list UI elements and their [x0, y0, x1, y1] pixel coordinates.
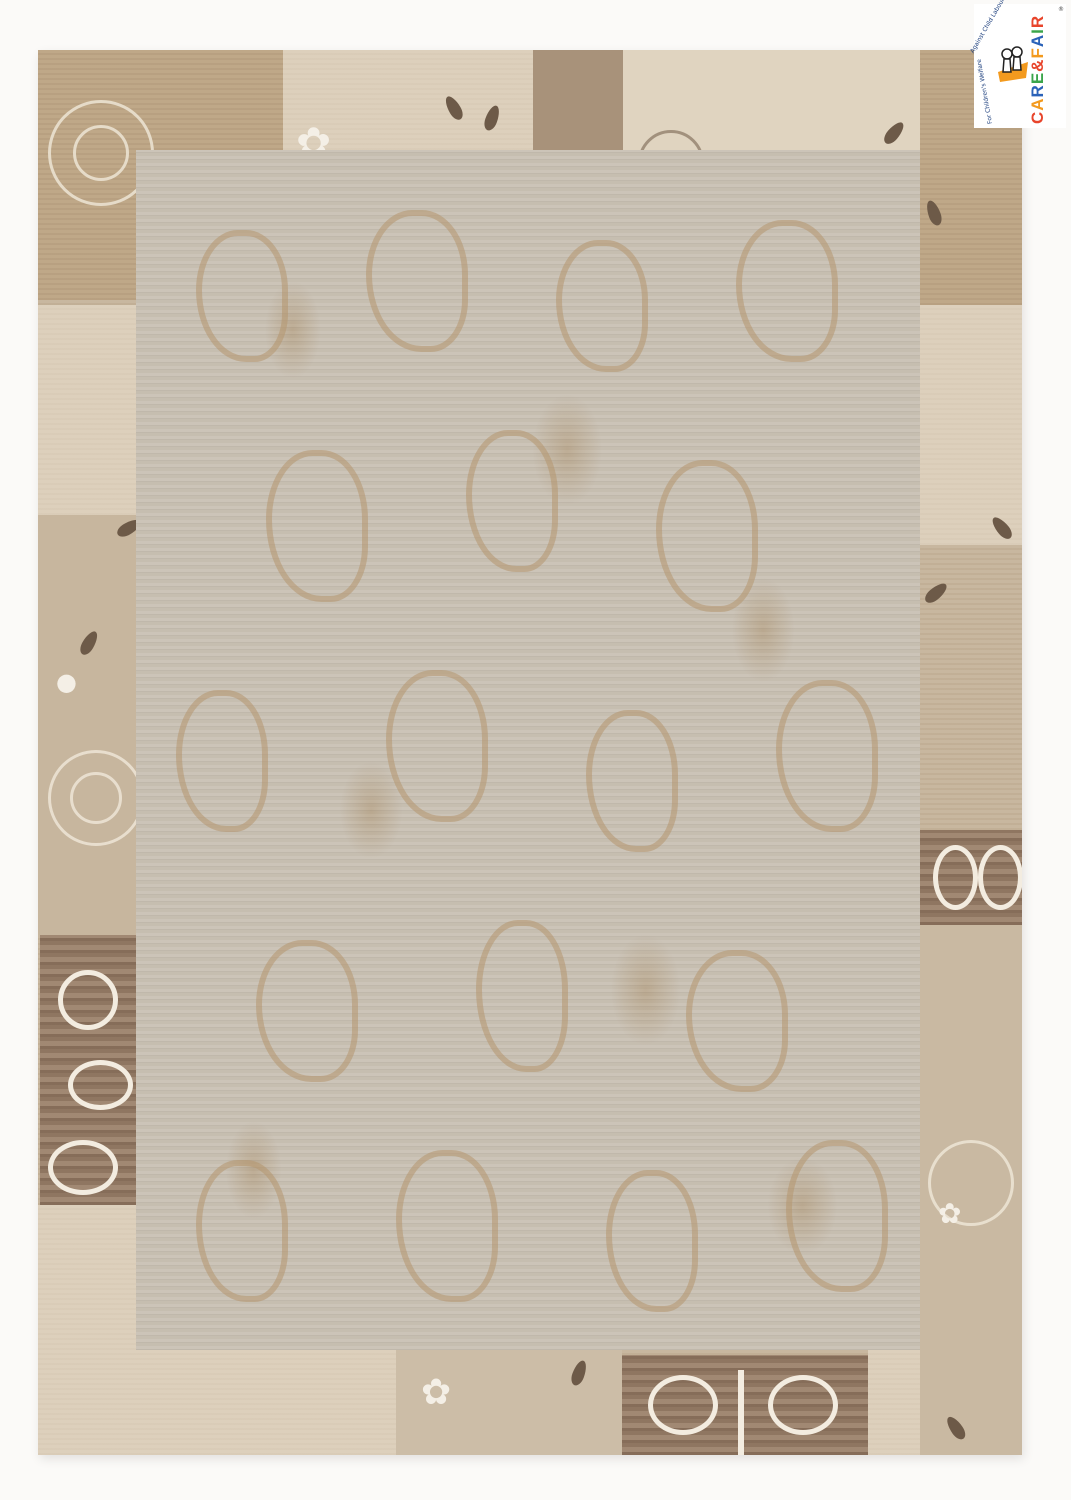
damask-motif — [476, 920, 568, 1072]
ivory-flower-motif: ● — [56, 670, 77, 694]
border-patch-left-upper — [38, 305, 136, 515]
wordmark-letter: C — [1028, 111, 1048, 124]
border-patch-bottom-left — [136, 1350, 396, 1455]
damask-motif — [266, 450, 368, 602]
scroll-motif — [648, 1375, 718, 1435]
damask-motif — [176, 690, 268, 832]
border-patch-right-upper — [920, 305, 1022, 545]
border-patch-left-mid — [38, 515, 136, 935]
scroll-motif — [58, 970, 118, 1030]
flower-outline-motif — [70, 772, 122, 824]
damask-motif — [776, 680, 878, 832]
damask-motif — [556, 240, 648, 372]
damask-motif — [786, 1140, 888, 1292]
leaf-motif — [922, 580, 950, 606]
border-patch-top-ornament — [533, 50, 623, 150]
wordmark-letter: & — [1028, 59, 1048, 72]
damask-motif — [656, 460, 758, 612]
damask-motif — [386, 670, 488, 822]
scroll-motif — [768, 1375, 838, 1435]
care-and-fair-wordmark: C A R E & F A I R — [1028, 14, 1048, 124]
damask-motif — [256, 940, 358, 1082]
wordmark-letter: A — [1028, 97, 1048, 110]
wordmark-letter: R — [1028, 15, 1048, 28]
scroll-motif-stem — [738, 1370, 744, 1455]
damask-motif — [466, 430, 558, 572]
damask-motif — [586, 710, 678, 852]
damask-motif — [686, 950, 788, 1092]
damask-motif — [396, 1150, 498, 1302]
wordmark-letter: I — [1028, 28, 1048, 34]
border-patch-left-lower — [38, 1205, 136, 1455]
registered-mark: ® — [1058, 6, 1064, 13]
scroll-motif — [978, 845, 1022, 910]
rug-center-field — [136, 150, 920, 1350]
ivory-flower-motif: ✿ — [938, 1200, 961, 1228]
damask-motif — [196, 1160, 288, 1302]
scroll-motif — [933, 845, 978, 910]
damask-motif — [366, 210, 468, 352]
care-and-fair-logo: ® Against Child Labour C A R E & F A I R… — [974, 4, 1066, 128]
wordmark-letter: E — [1028, 72, 1048, 84]
damask-motif — [196, 230, 288, 362]
border-patch-bottom-right — [868, 1350, 920, 1455]
children-on-carpet-icon — [996, 42, 1030, 82]
wordmark-letter: R — [1028, 84, 1048, 97]
wordmark-letter: A — [1028, 34, 1048, 47]
logo-ring-text-bottom: For Children's Welfare — [976, 59, 994, 125]
ivory-flower-motif: ✿ — [421, 1375, 451, 1411]
rug: ✿ ✿ ✿ ● — [38, 50, 1022, 1455]
scroll-motif — [48, 1140, 118, 1195]
damask-motif — [606, 1170, 698, 1312]
flower-outline-motif — [73, 125, 129, 181]
damask-motif — [736, 220, 838, 362]
wordmark-letter: F — [1028, 47, 1048, 58]
scroll-motif — [68, 1060, 133, 1110]
